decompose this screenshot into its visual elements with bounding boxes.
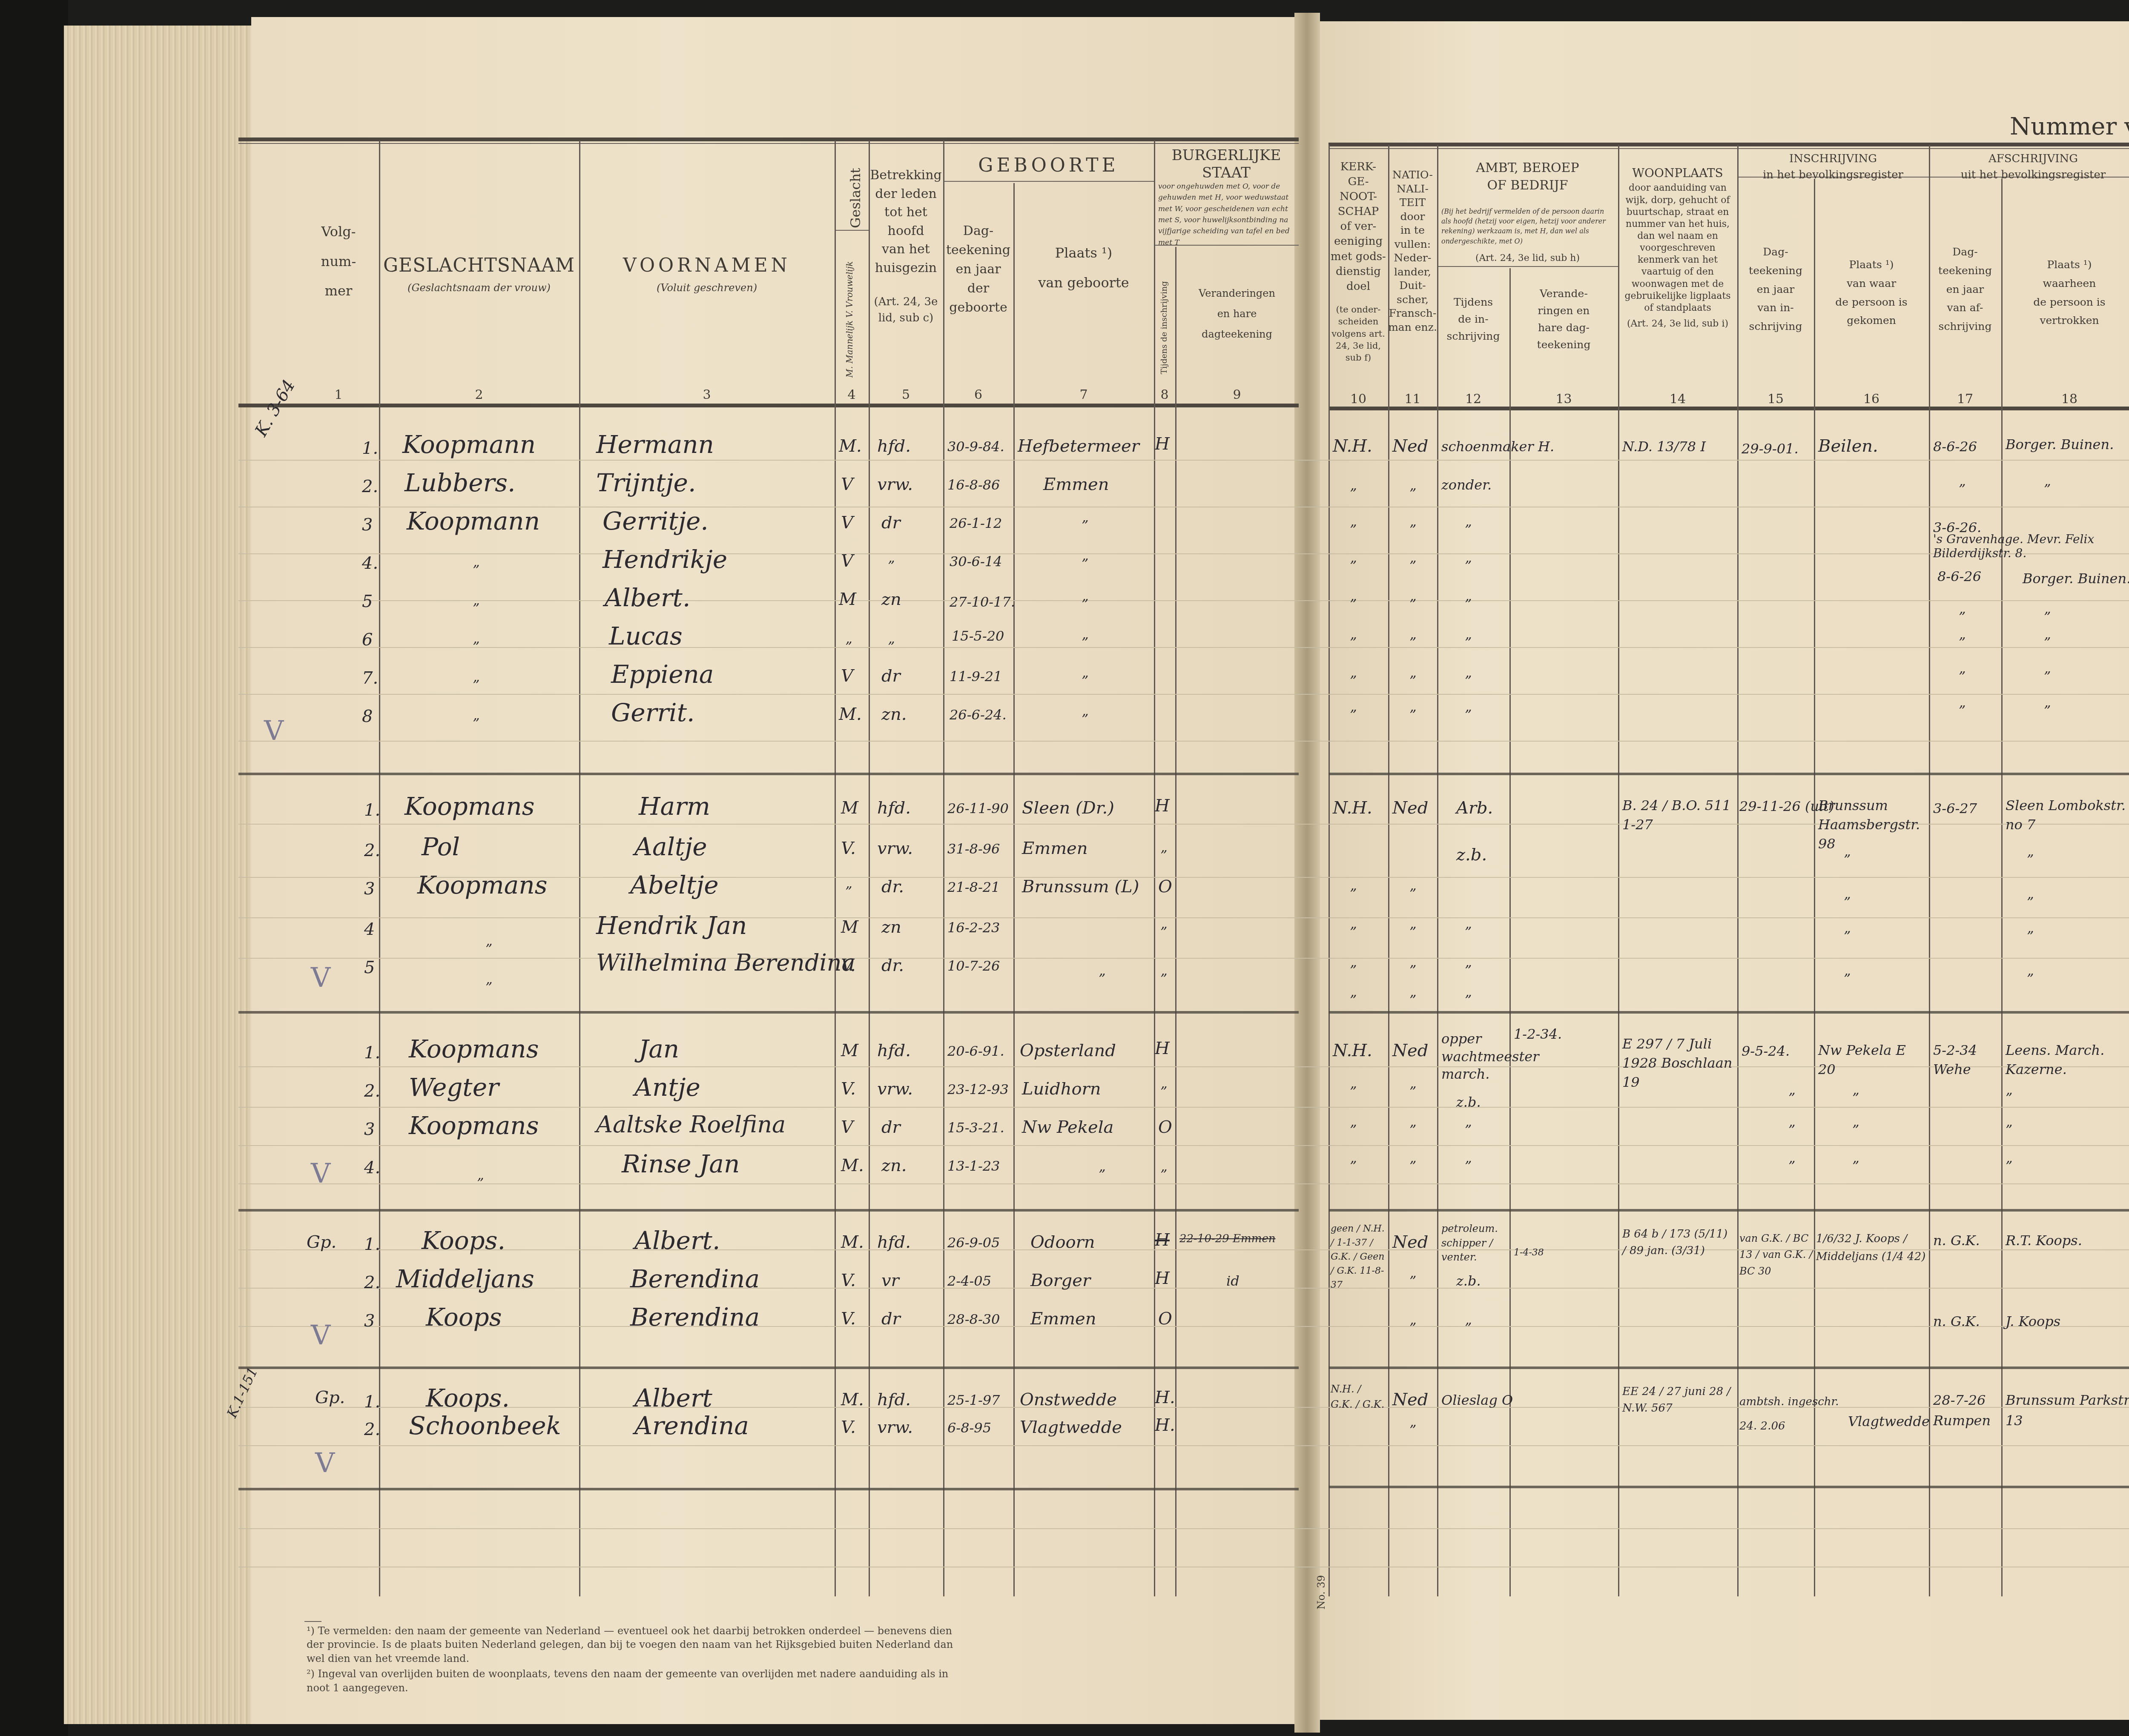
birth-date: 10-7-26 [947, 958, 1000, 974]
book-binding-left [0, 0, 68, 1736]
nationality: ” [1409, 673, 1416, 689]
ruling [238, 1145, 2129, 1146]
afschrijving-date: n. G.K. [1933, 1232, 1980, 1249]
birth-date: 21-8-21 [947, 879, 1000, 895]
surname: Koops. [422, 1226, 505, 1255]
col-divider [1737, 145, 1739, 1596]
header-note: (Art. 24, 3e lid, sub i) [1620, 317, 1735, 331]
given-names: Lucas [609, 622, 683, 650]
header-line: Duit- [1388, 279, 1437, 293]
nationality: ” [1409, 1158, 1416, 1174]
sex: ” [845, 639, 852, 655]
header-col4-sub: M. Mannelijk V. Vrouwelijk [843, 251, 856, 387]
surname: ” [477, 1175, 484, 1191]
inschrijving-date: 9-5-24. [1742, 1043, 1790, 1059]
header-line: Plaats ¹) [2001, 255, 2129, 274]
header-line: teekening [1929, 261, 2001, 280]
header-line: STAAT [1154, 164, 1299, 182]
col-divider [943, 140, 944, 1596]
row-number: 5 [362, 592, 373, 611]
occupation: ” [1465, 1122, 1472, 1138]
header-geboorte: GEBOORTE [943, 151, 1154, 180]
church: ” [1350, 521, 1357, 538]
household-separator [238, 1366, 1299, 1369]
header-line: of ver- [1328, 219, 1388, 234]
birth-date: 20-6-91. [947, 1043, 1004, 1059]
col-number: 9 [1175, 385, 1299, 405]
header-line: met gods- [1328, 249, 1388, 264]
given-names: Hendrik Jan [596, 911, 747, 940]
church: ” [1350, 707, 1357, 723]
nationality: Ned [1392, 798, 1428, 818]
birth-date: 30-6-14 [950, 553, 1002, 570]
civil-status: H [1155, 1039, 1170, 1058]
household-separator [1328, 1366, 2129, 1369]
afschrijving-date: ” [1959, 702, 1965, 719]
sex: M. [841, 1390, 864, 1409]
row-number: 4 [364, 920, 375, 939]
afschrijving-to: ” [2006, 1158, 2012, 1174]
row-number: 1. [364, 1235, 380, 1254]
inschrijving-date: ” [1788, 1158, 1795, 1174]
occupation: ” [1465, 1320, 1472, 1336]
church: N.H. [1333, 798, 1372, 818]
row-number: 1. [364, 1392, 380, 1412]
header-inschrijving: INSCHRIJVING in het bevolkingsregister [1737, 151, 1929, 183]
household-margin-note: Gp. [307, 1232, 336, 1252]
relation: hfd. [877, 1390, 911, 1409]
header-line: lander, [1388, 265, 1437, 279]
header-line: BURGERLIJKE [1154, 147, 1299, 164]
surname: ” [485, 979, 492, 995]
nationality: ” [1409, 1422, 1416, 1438]
header-title: GESLACHTSNAAM [379, 251, 579, 280]
row-number: 7. [362, 668, 378, 688]
col-number: 4 [835, 385, 869, 405]
header-note: (Art. 24, 3e lid, sub c) [869, 294, 943, 326]
sex: M [839, 590, 856, 609]
church: ” [1350, 962, 1357, 978]
residence: E 297 / 7 Juli 1928 Boschlaan 19 [1622, 1034, 1733, 1091]
afschrijving-to: Borger. Buinen. [2023, 570, 2129, 587]
birth-place: ” [1082, 517, 1088, 533]
given-names: Hendrikje [603, 545, 727, 574]
given-names: Eppiena [611, 660, 714, 689]
relation: vr [881, 1271, 899, 1290]
birth-place: Brunssum (L) [1022, 877, 1150, 897]
ruling [238, 553, 2129, 554]
col-number: 1 [298, 385, 379, 405]
birth-date: 26-1-12 [950, 515, 1002, 531]
occupation: petroleum. schipper / venter. [1441, 1222, 1509, 1265]
header-line: scher, [1388, 293, 1437, 307]
surname: Koopmans [405, 792, 534, 821]
civil-status: H [1155, 1269, 1170, 1288]
header-line: SCHAP [1328, 204, 1388, 219]
sex: V [841, 551, 853, 571]
check-mark: V [311, 1320, 330, 1351]
occupation: z.b. [1456, 1094, 1481, 1110]
header-line: num- [298, 251, 379, 272]
afschrijving-to: ” [2027, 894, 2034, 910]
header-note: (te onder-scheiden volgens art. 24, 3e l… [1328, 304, 1388, 364]
surname: Koops [426, 1303, 502, 1332]
afschrijving-to: ” [2027, 928, 2034, 944]
afschrijving-to: ” [2044, 668, 2051, 685]
header-line: Tijdens [1437, 294, 1509, 311]
civil-status: ” [1160, 924, 1167, 940]
church: ” [1350, 634, 1357, 650]
row-number: 8 [362, 707, 373, 726]
geboorte-subrule [943, 181, 1154, 182]
occupation: opper wachtmeester march. [1441, 1030, 1509, 1083]
civil-status: H [1155, 1230, 1170, 1250]
form-number: No. 39 [1314, 1575, 1329, 1610]
header-line: Veranderingen [1175, 283, 1299, 304]
church: ” [1350, 924, 1357, 940]
birth-place: Vlagtwedde [1020, 1418, 1122, 1437]
row-number: 1. [364, 800, 380, 820]
relation: ” [888, 639, 895, 655]
header-line: huisgezin [869, 259, 943, 278]
col-number: 6 [943, 385, 1013, 405]
nationality: ” [1409, 521, 1416, 538]
surname: Middeljans [396, 1264, 534, 1293]
row-number: 2. [364, 1081, 380, 1101]
nationality: Ned [1392, 1041, 1428, 1060]
inschrijving-from: Brunssum Haamsbergstr. 98 [1818, 796, 1925, 853]
given-names: Gerrit. [611, 698, 694, 727]
relation: vrw. [877, 475, 913, 494]
row-number: 1. [364, 1043, 380, 1063]
relation: dr. [881, 956, 904, 975]
nationality: ” [1409, 1122, 1416, 1138]
header-line: man enz. [1388, 321, 1437, 335]
birth-place: Sleen (Dr.) [1022, 798, 1114, 818]
header-col15: Dag- teekening en jaar van in- schrijvin… [1737, 243, 1814, 336]
header-line: ringen en [1509, 302, 1618, 319]
civil-status: H [1155, 434, 1170, 454]
header-line: GE- [1328, 175, 1388, 189]
household-separator [238, 1209, 1299, 1212]
civil-status: ” [1160, 1083, 1167, 1100]
surname: Koopmans [409, 1034, 539, 1063]
header-col1: Volg- num- mer [298, 221, 379, 302]
header-line: schrijving [1437, 328, 1509, 345]
header-line: waarheen [2001, 274, 2129, 293]
nationality: ” [1409, 1083, 1416, 1100]
row-number: 4. [364, 1158, 380, 1177]
sex: V. [841, 1079, 856, 1099]
header-burgerlijke: BURGERLIJKE STAAT [1154, 147, 1299, 182]
surname: Koopmann [402, 430, 536, 459]
relation: dr. [881, 877, 904, 897]
occupation: Arb. [1456, 798, 1493, 818]
birth-date: 15-3-21. [947, 1120, 1004, 1136]
header-subtitle: (Geslachtsnaam der vrouw) [379, 280, 579, 296]
household-separator [1328, 1486, 2129, 1488]
church: N.H. / G.K. / G.K. [1331, 1381, 1386, 1412]
relation: dr [881, 1117, 901, 1137]
header-line: NATIO- [1388, 168, 1437, 182]
relation: ” [888, 558, 895, 574]
header-line: OF BEDRIJF [1437, 177, 1618, 195]
inschrijving-from: Vlagtwedde [1848, 1413, 1930, 1429]
row-number: 5 [364, 958, 375, 977]
church: ” [1350, 558, 1357, 574]
header-line: Plaats ¹) [1814, 255, 1929, 274]
header-line: en jaar [1737, 280, 1814, 299]
given-names: Trijntje. [596, 468, 696, 497]
surname: Koops. [426, 1384, 510, 1412]
relation: hfd. [877, 1232, 911, 1252]
header-line: schrijving [1737, 317, 1814, 336]
surname: Koopmans [417, 871, 547, 900]
birth-date: 23-12-93 [947, 1081, 1009, 1097]
inschrijving-from: ” [1852, 1158, 1859, 1174]
header-line: KERK- [1328, 160, 1388, 175]
inschrijving-from: 1/6/32 J. Koops / Middeljans (1/4 42) [1816, 1230, 1927, 1266]
header-line: schrijving [1929, 317, 2001, 336]
inschrijving-from: ” [1852, 1122, 1859, 1138]
birth-place: Borger [1030, 1271, 1090, 1290]
birth-date: 26-6-24. [950, 707, 1007, 723]
occupation: zonder. [1441, 477, 1492, 493]
header-col17: Dag- teekening en jaar van af- schrijvin… [1929, 243, 2001, 336]
afschrijving-date: ” [1959, 634, 1965, 650]
header-line: Dag- [1929, 243, 2001, 261]
nationality: Ned [1392, 436, 1428, 456]
col-number: 14 [1618, 390, 1737, 410]
occupation: ” [1465, 924, 1472, 940]
church: ” [1350, 1158, 1357, 1174]
church: ” [1350, 1122, 1357, 1138]
header-col13: Verande- ringen en hare dag- teekening [1509, 285, 1618, 353]
col-divider [1388, 145, 1389, 1596]
header-line: Volg- [298, 221, 379, 243]
given-names: Rinse Jan [622, 1149, 740, 1178]
occupation: ” [1465, 707, 1472, 723]
header-ambt-note: (Bij het bedrijf vermelden of de persoon… [1441, 206, 1614, 246]
sex: V [841, 475, 853, 494]
header-line: der [943, 279, 1013, 298]
header-line: Plaats ¹) [1013, 243, 1154, 264]
header-col7: Plaats ¹) van geboorte [1013, 243, 1154, 293]
inschrijving-from: ” [1844, 928, 1851, 944]
birth-place: Hefbetermeer [1018, 436, 1139, 456]
row-number: 3 [364, 1311, 375, 1331]
inschrijving-date: ” [1788, 1122, 1795, 1138]
surname: ” [485, 941, 492, 957]
occupation: ” [1465, 673, 1472, 689]
afschrijving-to: ” [2044, 702, 2051, 719]
col-number: 17 [1929, 390, 2001, 410]
birth-place: Luidhorn [1022, 1079, 1101, 1099]
occupation: ” [1465, 558, 1472, 574]
nationality: ” [1409, 992, 1416, 1008]
occupation: ” [1465, 962, 1472, 978]
birth-place: ” [1099, 971, 1105, 987]
surname: ” [473, 562, 479, 578]
sex: M. [841, 1156, 864, 1175]
check-mark: V [315, 1447, 335, 1479]
row-number: 1. [362, 438, 378, 458]
footnote-rule [304, 1621, 321, 1622]
surname: ” [473, 715, 479, 731]
inschrijving-date: 29-9-01. [1742, 441, 1799, 457]
nationality: ” [1409, 885, 1416, 902]
col-number: 2 [379, 385, 579, 405]
birth-date: 11-9-21 [950, 668, 1002, 685]
header-line: en hare [1175, 304, 1299, 324]
civil-status: H. [1155, 1388, 1175, 1407]
birth-place: Emmen [1022, 839, 1088, 858]
ruling [238, 958, 2129, 959]
footnotes: ¹) Te vermelden: den naam der gemeente v… [307, 1624, 954, 1695]
sex: M [841, 1041, 858, 1060]
nationality: ” [1409, 485, 1416, 501]
geslacht-subrule [835, 230, 869, 231]
church: ” [1350, 885, 1357, 902]
given-names: Albert. [605, 583, 690, 612]
birth-place: ” [1082, 596, 1088, 612]
ruling [238, 1567, 2129, 1567]
col-divider [579, 140, 580, 1596]
header-line: vertrokken [2001, 311, 2129, 330]
given-names: Aaltje [634, 832, 707, 861]
given-names: Arendina [634, 1411, 749, 1440]
header-col10: KERK- GE- NOOT- SCHAP of ver- eeniging m… [1328, 160, 1388, 364]
afschrijving-date: 8-6-26 [1933, 438, 1977, 455]
col-divider [1154, 140, 1155, 1596]
header-line: in het bevolkingsregister [1737, 167, 1929, 183]
residence: N.D. 13/78 I [1622, 438, 1706, 455]
row-number: 3 [364, 879, 375, 899]
header-line: der leden [869, 185, 943, 203]
header-line: door [1388, 210, 1437, 224]
header-line: mer [298, 281, 379, 302]
birth-date: 26-11-90 [947, 800, 1009, 816]
surname: ” [473, 639, 479, 655]
afschrijving-to: Brunssum Parkstr. 13 [2006, 1390, 2129, 1431]
header-line: van in- [1737, 298, 1814, 317]
header-col5: Betrekking der leden tot het hoofd van h… [869, 166, 943, 326]
header-top-rule-right-thin [1328, 148, 2129, 149]
relation: dr [881, 513, 901, 533]
header-line: hoofd [869, 222, 943, 241]
afschrijving-to: ” [2027, 971, 2034, 987]
birth-place: ” [1082, 673, 1088, 689]
row-number: 3 [362, 515, 373, 535]
nationality: Ned [1392, 1390, 1428, 1409]
sex: V [841, 666, 853, 686]
afschrijving-to: Sleen Lombokstr. no 7 [2006, 796, 2129, 834]
header-col8: Tijdens de inschrijving [1158, 272, 1171, 383]
birth-place: ” [1082, 556, 1088, 572]
footnote-1: ¹) Te vermelden: den naam der gemeente v… [307, 1624, 954, 1665]
relation: zn. [881, 1156, 907, 1175]
afschrijving-to: Leens. March. Kazerne. [2006, 1041, 2129, 1079]
given-names: Albert [634, 1384, 712, 1412]
birth-place: ” [1082, 711, 1088, 727]
residence: B. 24 / B.O. 511 1-27 [1622, 796, 1733, 834]
header-line: tot het [869, 203, 943, 222]
given-names: Abeltje [630, 871, 719, 900]
header-line: geboorte [943, 298, 1013, 317]
header-col16: Plaats ¹) van waar de persoon is gekomen [1814, 255, 1929, 330]
inschrijving-from: ” [1844, 894, 1851, 910]
header-line: de persoon is [1814, 293, 1929, 312]
header-line: in te [1388, 223, 1437, 238]
birth-date: 25-1-97 [947, 1392, 1000, 1408]
sex: M. [841, 1232, 864, 1252]
header-line: Fransch- [1388, 307, 1437, 321]
relation: vrw. [877, 1079, 913, 1099]
occupation: ” [1465, 596, 1472, 612]
col-divider [1618, 145, 1619, 1596]
surname: ” [473, 677, 479, 693]
civil-status: O [1158, 877, 1172, 897]
sex: V. [841, 1271, 856, 1290]
residence: B 64 b / 173 (5/11) / 89 jan. (3/31) [1622, 1226, 1733, 1259]
ruling [238, 460, 2129, 461]
check-mark: V [264, 715, 284, 747]
civil-status: H. [1155, 1415, 1175, 1435]
afschrijving-to: ” [2044, 481, 2051, 497]
church: geen / N.H. / 1-1-37 / G.K. / Geen / G.K… [1331, 1222, 1386, 1292]
sex: V. [841, 1309, 856, 1329]
afschrijving-to: 's Gravenhage. Mevr. Felix Bilderdijkstr… [1933, 532, 2129, 560]
header-col18: Plaats ¹) waarheen de persoon is vertrok… [2001, 255, 2129, 330]
civil-status: H [1155, 796, 1170, 816]
sex: V. [841, 956, 856, 975]
header-line: Dag- [943, 221, 1013, 241]
inschrijving-from: ” [1844, 971, 1851, 987]
occupation: ” [1465, 1158, 1472, 1174]
ruling [238, 647, 2129, 648]
birth-place: Opsterland [1020, 1041, 1116, 1060]
book-gutter [1294, 13, 1320, 1733]
church: ” [1350, 596, 1357, 612]
header-top-rule-left-thin [238, 143, 1299, 144]
civil-status: O [1158, 1117, 1172, 1137]
relation: hfd. [877, 1041, 911, 1060]
inschrijving-date: ambtsh. ingeschr. 24. 2.06 [1739, 1390, 1850, 1438]
ruling [238, 1326, 2129, 1327]
header-top-rule-right [1328, 143, 2129, 146]
col-number: 5 [869, 385, 943, 405]
nationality: ” [1409, 924, 1416, 940]
household-margin-note-2: Gp. [315, 1388, 345, 1407]
page-stack-edges [64, 26, 260, 1724]
header-line: de in- [1437, 311, 1509, 328]
header-line: gekomen [1814, 311, 1929, 330]
church: ” [1350, 485, 1357, 501]
occupation-change: 1-2-34. [1514, 1026, 1562, 1042]
afschrijving-date: ” [1959, 609, 1965, 625]
relation: zn. [881, 705, 907, 724]
church: ” [1350, 1083, 1357, 1100]
household-separator [238, 773, 1299, 775]
occupation: ” [1465, 521, 1472, 538]
household-separator [1328, 773, 2129, 775]
afschrijving-date: n. G.K. [1933, 1313, 1980, 1329]
col-divider [379, 140, 380, 1596]
header-col9: Veranderingen en hare dagteekening [1175, 283, 1299, 344]
header-line: Neder- [1388, 251, 1437, 265]
row-number: 2. [364, 1420, 380, 1439]
birth-place: ” [1082, 634, 1088, 650]
